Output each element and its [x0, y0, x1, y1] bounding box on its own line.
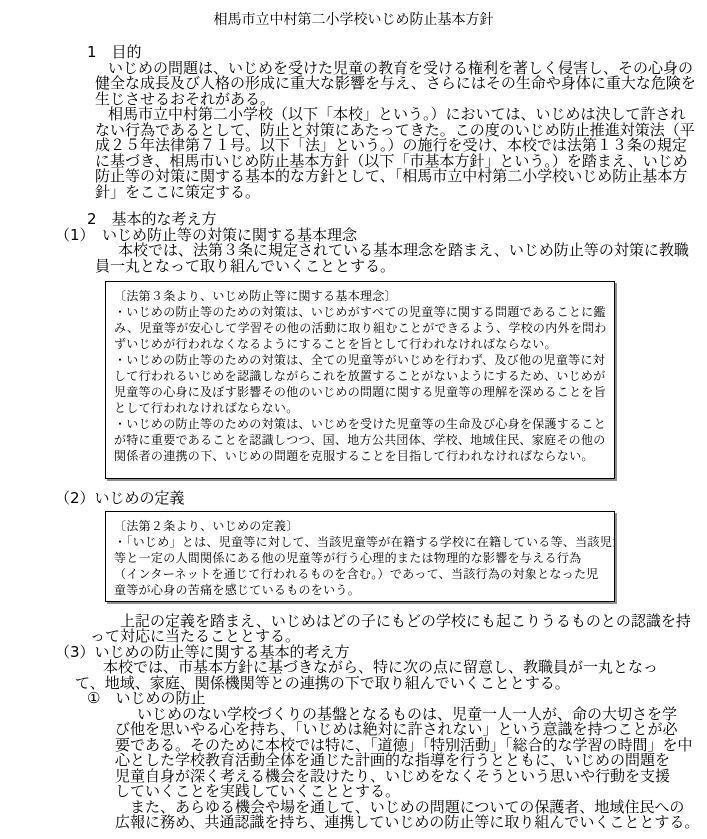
box-text-line: 〔法第３条より、いじめ防止等に関する基本理念〕 [114, 288, 606, 304]
document-body: 1 目的いじめの問題は、いじめを受けた児童の教育を受ける権利を著しく侵害し、その… [0, 45, 707, 831]
paragraph-line: 員一丸となって取り組んでいくこととする。 [95, 259, 707, 275]
paragraph-line: 広報に務め、共通認識を持ち、連携していじめの防止等に取り組んでいくこととする。 [115, 815, 707, 831]
box-text-line: 等と一定の人間関係にある他の児童等が行う心理的または物理的な影響を与える行為 [114, 550, 606, 566]
box-text-line: 〔法第２条より、いじめの定義〕 [114, 518, 606, 534]
subsection-2-heading: （2）いじめの定義 [55, 491, 707, 507]
box-text-line: として行われなければならない。 [114, 400, 606, 416]
law-article-2-excerpt-box: 〔法第２条より、いじめの定義〕・「いじめ」とは、児童等に対して、当該児童等が在籍… [105, 511, 615, 602]
box-text-line: が特に重要であることを認識しつつ、国、地方公共団体、学校、地域住民、家庭その他の [114, 432, 606, 448]
box-text-line: ・いじめの防止等のための対策は、全ての児童等がいじめを行わず、及び他の児童等に対 [114, 352, 606, 368]
box-text-line: ずいじめが行われなくなるようにすることを旨として行われなければならない。 [114, 336, 606, 352]
box-text-line: 児童等の心身に及ぼす影響その他のいじめの問題に関する児童等の理解を深めることを旨 [114, 384, 606, 400]
box-text-line: み、児童等が安心して学習その他の活動に取り組むことができるよう、学校の内外を問わ [114, 320, 606, 336]
law-article-3-excerpt-box: 〔法第３条より、いじめ防止等に関する基本理念〕・いじめの防止等のための対策は、い… [105, 281, 615, 479]
paragraph-line: 針」をここに策定する。 [95, 185, 707, 201]
box-text-line: ・いじめの防止等のための対策は、いじめがすべての児童等に関する問題であることに鑑 [114, 304, 606, 320]
box-text-line: ・いじめの防止等のための対策は、いじめを受けた児童等の生命及び心身を保護すること [114, 416, 606, 432]
document-page: 相馬市立中村第二小学校いじめ防止基本方針 1 目的いじめの問題は、いじめを受けた… [0, 0, 707, 839]
box-text-line: して行われるいじめを認識しながらこれを放置することがないようにするため、いじめが [114, 368, 606, 384]
document-title: 相馬市立中村第二小学校いじめ防止基本方針 [0, 12, 707, 28]
box-text-line: （インターネットを通じて行われるものを含む。）であって、当該行為の対象となった児 [114, 566, 606, 582]
box-text-line: 童等が心身の苦痛を感じているものをいう。 [114, 582, 606, 598]
box-text-line: 関係者の連携の下、いじめの問題を克服することを目指して行われなければならない。 [114, 448, 606, 464]
box-text-line: ・「いじめ」とは、児童等に対して、当該児童等が在籍する学校に在籍している等、当該… [114, 534, 606, 550]
